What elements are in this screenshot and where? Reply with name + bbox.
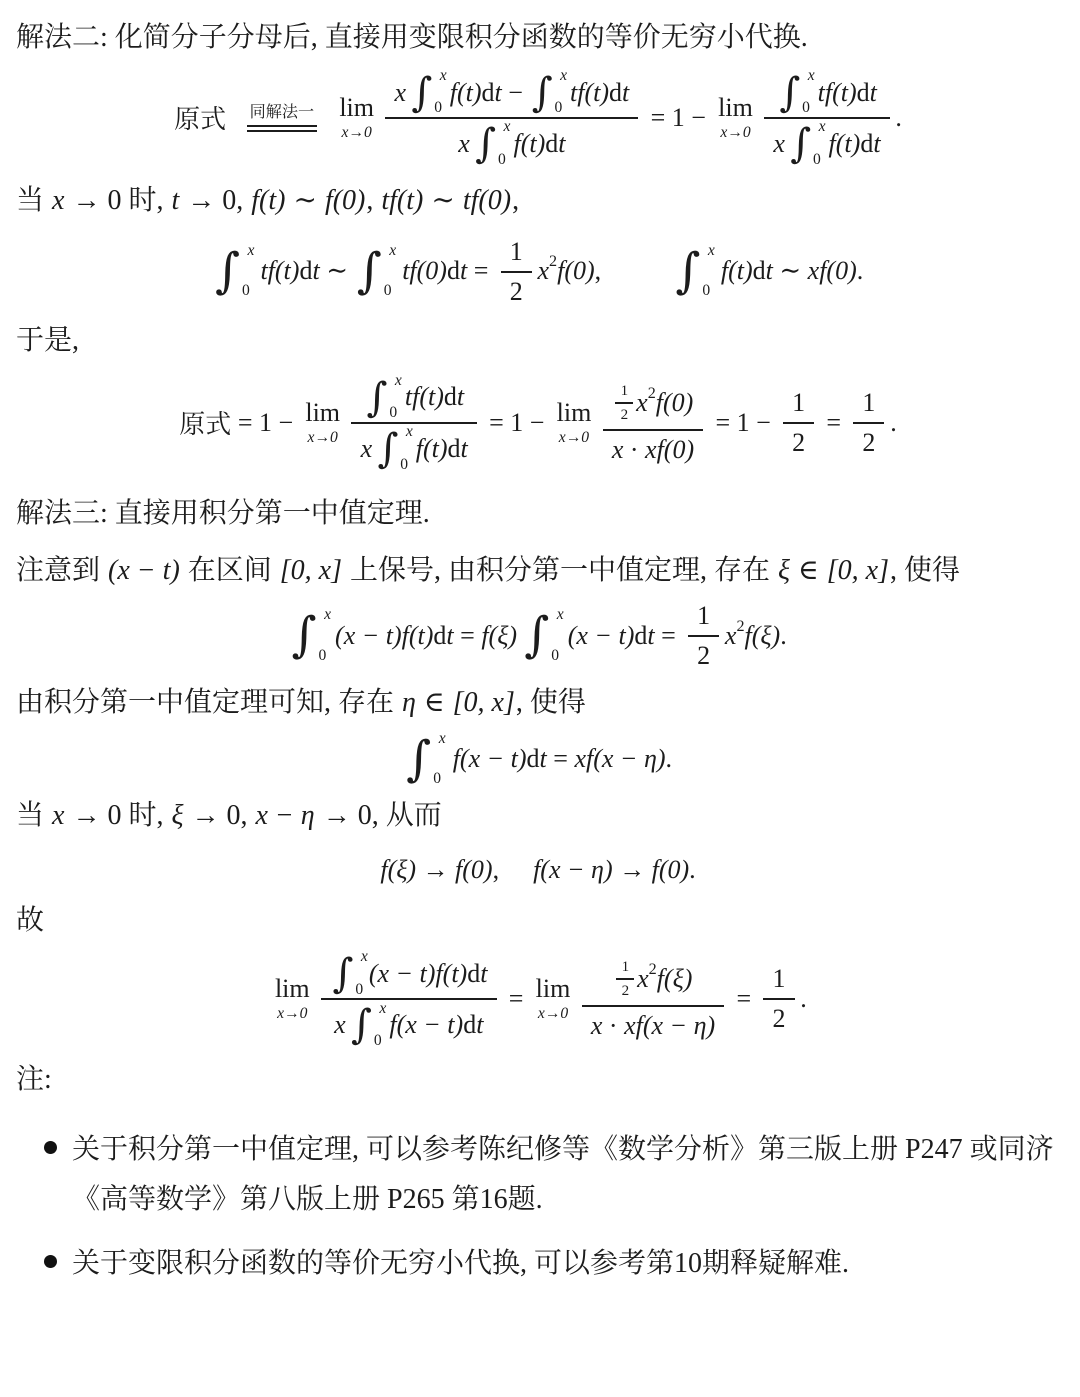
para-mean-value-eta: 由积分第一中值定理可知, 存在 η ∈ [0, x], 使得	[16, 681, 1060, 724]
bullet-icon	[44, 1255, 57, 1268]
eq-mean-value-eta: ∫x0f(x − t)dt = xf(x − η).	[16, 735, 1060, 784]
eq-mean-value-xi: ∫x0(x − t)f(t)dt = f(ξ)∫x0(x − t)dt = 12…	[16, 598, 1060, 673]
solution-3-heading: 解法三: 直接用积分第一中值定理.	[16, 492, 1060, 535]
solution-2-heading: 解法二: 化简分子分母后, 直接用变限积分函数的等价无穷小代换.	[16, 16, 1060, 59]
para-then: 于是,	[16, 319, 1060, 362]
note-item-2: 关于变限积分函数的等价无穷小代换, 可以参考第10期释疑解难.	[16, 1239, 1060, 1289]
eq-equivalent-infinitesimal: ∫x0tf(t)dt ∼ ∫x0tf(0)dt = 12x2f(0),∫x0f(…	[16, 234, 1060, 309]
note-text-1: 关于积分第一中值定理, 可以参考陈纪修等《数学分析》第三版上册 P247 或同济…	[72, 1125, 1060, 1225]
para-therefore: 故	[16, 899, 1060, 942]
para-limit-behavior: 当 x → 0 时, t → 0, f(t) ∼ f(0), tf(t) ∼ t…	[16, 179, 1060, 222]
document-page: 解法二: 化简分子分母后, 直接用变限积分函数的等价无穷小代换. 原式同解法一l…	[0, 0, 1080, 1397]
note-text-2: 关于变限积分函数的等价无穷小代换, 可以参考第10期释疑解难.	[72, 1239, 1060, 1289]
note-item-1: 关于积分第一中值定理, 可以参考陈纪修等《数学分析》第三版上册 P247 或同济…	[16, 1125, 1060, 1225]
eq-f-limits: f(ξ) → f(0),f(x − η) → f(0).	[16, 855, 1060, 885]
eq-final-limit: limx→0∫x0(x − t)f(t)dtx∫x0f(x − t)dt = l…	[16, 950, 1060, 1047]
bullet-icon	[44, 1141, 57, 1154]
notes-heading: 注:	[16, 1058, 1060, 1101]
eq-original-transform: 原式同解法一limx→0x∫x0f(t)dt − ∫x0tf(t)dtx∫x0f…	[16, 69, 1060, 166]
para-mean-value-xi: 注意到 (x − t) 在区间 [0, x] 上保号, 由积分第一中值定理, 存…	[16, 549, 1060, 592]
eq-result-half: 原式 = 1 − limx→0∫x0tf(t)dtx∫x0f(t)dt = 1 …	[16, 374, 1060, 471]
para-limits-tend: 当 x → 0 时, ξ → 0, x − η → 0, 从而	[16, 794, 1060, 837]
